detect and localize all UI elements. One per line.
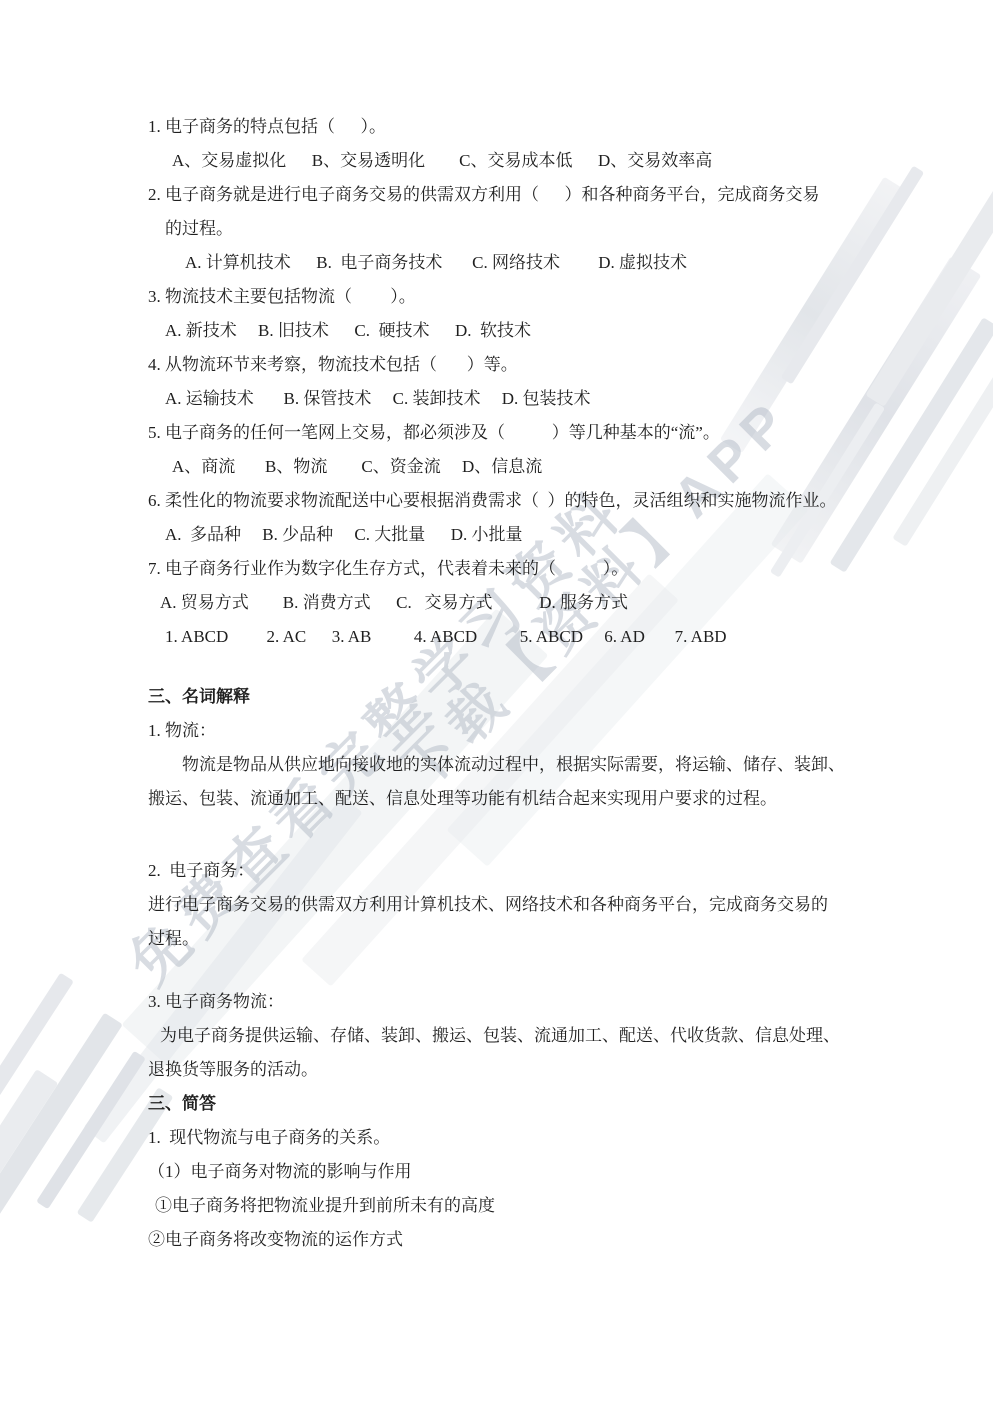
term-1-label: 1. 物流： — [148, 714, 868, 748]
brush-streak-icon — [0, 1069, 58, 1251]
term-2-def-line1: 进行电子商务交易的供需双方利用计算机技术、网络技术和各种商务平台，完成商务交易的 — [148, 888, 868, 922]
question-5-options: A、商流 B、物流 C、资金流 D、信息流 — [148, 450, 868, 484]
brush-streak-icon — [892, 343, 993, 547]
term-1-def-line1: 物流是物品从供应地向接收地的实体流动过程中，根据实际需要，将运输、储存、装卸、 — [148, 748, 868, 782]
term-2-def-line2: 过程。 — [148, 922, 868, 956]
question-5: 5. 电子商务的任何一笔网上交易，都必须涉及（ ）等几种基本的“流”。 — [148, 416, 868, 450]
question-3: 3. 物流技术主要包括物流（ ）。 — [148, 280, 868, 314]
brush-streak-icon — [0, 1013, 123, 1218]
short-answer-point-1: ①电子商务将把物流业提升到前所未有的高度 — [148, 1189, 868, 1223]
term-2-label: 2. 电子商务： — [148, 854, 868, 888]
term-3-def-line2: 退换货等服务的活动。 — [148, 1053, 868, 1087]
question-6-options: A. 多品种 B. 少品种 C. 大批量 D. 小批量 — [148, 518, 868, 552]
question-1: 1. 电子商务的特点包括（ ）。 — [148, 110, 868, 144]
question-7: 7. 电子商务行业作为数字化生存方式，代表着未来的（ ）。 — [148, 552, 868, 586]
term-3-def-line1: 为电子商务提供运输、存储、装卸、搬运、包装、流通加工、配送、代收货款、信息处理、 — [148, 1019, 868, 1053]
terms-section-title: 三、名词解释 — [148, 680, 868, 714]
question-4: 4. 从物流环节来考察，物流技术包括（ ）等。 — [148, 348, 868, 382]
term-1-def-line2: 搬运、包装、流通加工、配送、信息处理等功能有机结合起来实现用户要求的过程。 — [148, 782, 868, 816]
answer-key: 1. ABCD 2. AC 3. AB 4. ABCD 5. ABCD 6. A… — [148, 620, 868, 654]
brush-streak-icon — [0, 973, 74, 1158]
document-page: 免费查看完整学习资料 下载【资料】APP 1. 电子商务的特点包括（ ）。 A、… — [0, 0, 993, 1404]
short-answer-question-1: 1. 现代物流与电子商务的关系。 — [148, 1121, 868, 1155]
brush-streak-icon — [36, 1051, 146, 1210]
document-content: 1. 电子商务的特点包括（ ）。 A、交易虚拟化 B、交易透明化 C、交易成本低… — [148, 110, 868, 1257]
question-3-options: A. 新技术 B. 旧技术 C. 硬技术 D. 软技术 — [148, 314, 868, 348]
question-1-options: A、交易虚拟化 B、交易透明化 C、交易成本低 D、交易效率高 — [148, 144, 868, 178]
question-7-options: A. 贸易方式 B. 消费方式 C. 交易方式 D. 服务方式 — [148, 586, 868, 620]
short-answer-point-2: ②电子商务将改变物流的运作方式 — [148, 1223, 868, 1257]
short-answer-subpoint-1: （1）电子商务对物流的影响与作用 — [148, 1155, 868, 1189]
question-6: 6. 柔性化的物流要求物流配送中心要根据消费需求（ ）的特色，灵活组织和实施物流… — [148, 484, 868, 518]
question-2: 2. 电子商务就是进行电子商务交易的供需双方利用（ ）和各种商务平台，完成商务交… — [148, 178, 868, 212]
question-4-options: A. 运输技术 B. 保管技术 C. 装卸技术 D. 包装技术 — [148, 382, 868, 416]
short-answer-section-title: 三、简答 — [148, 1087, 868, 1121]
brush-streak-icon — [865, 183, 993, 407]
question-2-cont: 的过程。 — [148, 212, 868, 246]
term-3-label: 3. 电子商务物流： — [148, 985, 868, 1019]
question-2-options: A. 计算机技术 B. 电子商务技术 C. 网络技术 D. 虚拟技术 — [148, 246, 868, 280]
